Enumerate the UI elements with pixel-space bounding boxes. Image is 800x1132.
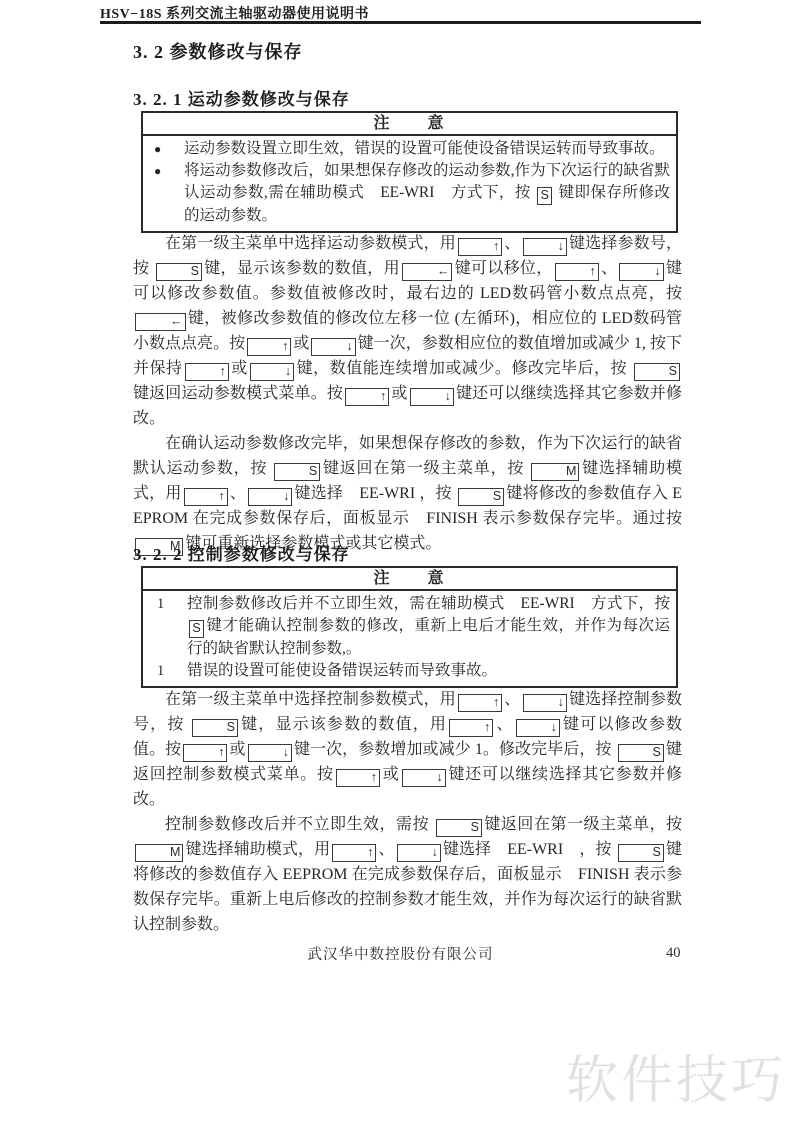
- up-arrow-key: ↑: [336, 769, 380, 787]
- s-key: S: [458, 488, 504, 506]
- down-arrow-key: ↓: [410, 388, 454, 406]
- m-key: M: [531, 463, 579, 481]
- notice-box-control-params: 注 意 1 控制参数修改后并不立即生效，需在辅助模式 EE-WRI 方式下，按S…: [141, 566, 678, 688]
- down-arrow-key: ↓: [523, 238, 567, 256]
- header-rule: [100, 21, 701, 24]
- notice-box-motion-params: 注 意 ● 运动参数设置立即生效，错误的设置可能使设备错误运转而导致事故。 ● …: [141, 111, 678, 233]
- running-header-title: HSV−18S 系列交流主轴驱动器使用说明书: [100, 3, 701, 23]
- down-arrow-key: ↓: [523, 694, 567, 712]
- s-key: S: [189, 620, 204, 638]
- watermark-text: 软件技巧: [566, 1038, 800, 1113]
- up-arrow-key: ↑: [185, 363, 229, 381]
- s-key: S: [634, 363, 680, 381]
- s-key: S: [436, 819, 482, 837]
- up-arrow-key: ↑: [449, 719, 493, 737]
- down-arrow-key: ↓: [619, 263, 663, 281]
- up-arrow-key: ↑: [345, 388, 389, 406]
- bullet-icon: ●: [151, 160, 184, 182]
- s-key: S: [618, 744, 664, 762]
- m-key: M: [135, 844, 183, 862]
- notice-item: 1 错误的设置可能使设备错误运转而导致事故。: [151, 660, 670, 682]
- left-arrow-key: ←: [402, 263, 453, 281]
- down-arrow-key: ↓: [248, 744, 292, 762]
- notice-item: ● 运动参数设置立即生效，错误的设置可能使设备错误运转而导致事故。: [151, 138, 670, 160]
- notice-item: 1 控制参数修改后并不立即生效，需在辅助模式 EE-WRI 方式下，按S键才能确…: [151, 593, 670, 660]
- list-marker: 1: [151, 593, 187, 615]
- s-key: S: [274, 463, 320, 481]
- paragraph: 在确认运动参数修改完毕，如果想保存修改的参数，作为下次运行的缺省默认运动参数，按…: [133, 431, 682, 556]
- paragraph: 控制参数修改后并不立即生效，需按 S键返回在第一级主菜单，按 M键选择辅助模式，…: [133, 812, 682, 937]
- up-arrow-key: ↑: [183, 744, 227, 762]
- s-key: S: [537, 187, 552, 205]
- up-arrow-key: ↑: [332, 844, 376, 862]
- up-arrow-key: ↑: [458, 694, 502, 712]
- s-key: S: [156, 263, 202, 281]
- up-arrow-key: ↑: [247, 338, 291, 356]
- up-arrow-key: ↑: [458, 238, 502, 256]
- section-heading-3-2-1: 3. 2. 1 运动参数修改与保存: [133, 85, 350, 110]
- notice-body: 1 控制参数修改后并不立即生效，需在辅助模式 EE-WRI 方式下，按S键才能确…: [143, 591, 676, 686]
- footer-company-name: 武汉华中数控股份有限公司: [100, 943, 701, 964]
- down-arrow-key: ↓: [516, 719, 560, 737]
- notice-item-text: 运动参数设置立即生效，错误的设置可能使设备错误运转而导致事故。: [184, 138, 670, 160]
- section-heading-3-2: 3. 2 参数修改与保存: [133, 38, 303, 64]
- notice-title: 注 意: [143, 113, 676, 136]
- page-number: 40: [666, 945, 681, 962]
- notice-title: 注 意: [143, 568, 676, 591]
- body-text-control-params: 在第一级主菜单中选择控制参数模式，用↑、↓键选择控制参数号，按 S键，显示该参数…: [133, 687, 682, 937]
- down-arrow-key: ↓: [248, 488, 292, 506]
- notice-item-text: 错误的设置可能使设备错误运转而导致事故。: [187, 660, 670, 682]
- down-arrow-key: ↓: [250, 363, 294, 381]
- down-arrow-key: ↓: [402, 769, 446, 787]
- paragraph: 在第一级主菜单中选择运动参数模式，用↑、↓键选择参数号，按 S键，显示该参数的数…: [133, 231, 682, 431]
- notice-body: ● 运动参数设置立即生效，错误的设置可能使设备错误运转而导致事故。 ● 将运动参…: [143, 136, 676, 231]
- notice-item-text: 将运动参数修改后，如果想保存修改的运动参数,作为下次运行的缺省默认运动参数,需在…: [184, 160, 670, 227]
- notice-item-text: 控制参数修改后并不立即生效，需在辅助模式 EE-WRI 方式下，按S键才能确认控…: [187, 593, 670, 660]
- list-marker: 1: [151, 660, 187, 682]
- bullet-icon: ●: [151, 138, 184, 160]
- down-arrow-key: ↓: [397, 844, 441, 862]
- s-key: S: [618, 844, 664, 862]
- notice-item: ● 将运动参数修改后，如果想保存修改的运动参数,作为下次运行的缺省默认运动参数,…: [151, 160, 670, 227]
- section-heading-3-2-2: 3. 2. 2 控制参数修改与保存: [133, 540, 350, 565]
- body-text-motion-params: 在第一级主菜单中选择运动参数模式，用↑、↓键选择参数号，按 S键，显示该参数的数…: [133, 231, 682, 556]
- left-arrow-key: ←: [135, 313, 186, 331]
- up-arrow-key: ↑: [555, 263, 599, 281]
- up-arrow-key: ↑: [184, 488, 228, 506]
- s-key: S: [192, 719, 238, 737]
- down-arrow-key: ↓: [311, 338, 355, 356]
- paragraph: 在第一级主菜单中选择控制参数模式，用↑、↓键选择控制参数号，按 S键，显示该参数…: [133, 687, 682, 812]
- document-page: { "header": { "title": "HSV−18S 系列交流主轴驱动…: [0, 0, 800, 1132]
